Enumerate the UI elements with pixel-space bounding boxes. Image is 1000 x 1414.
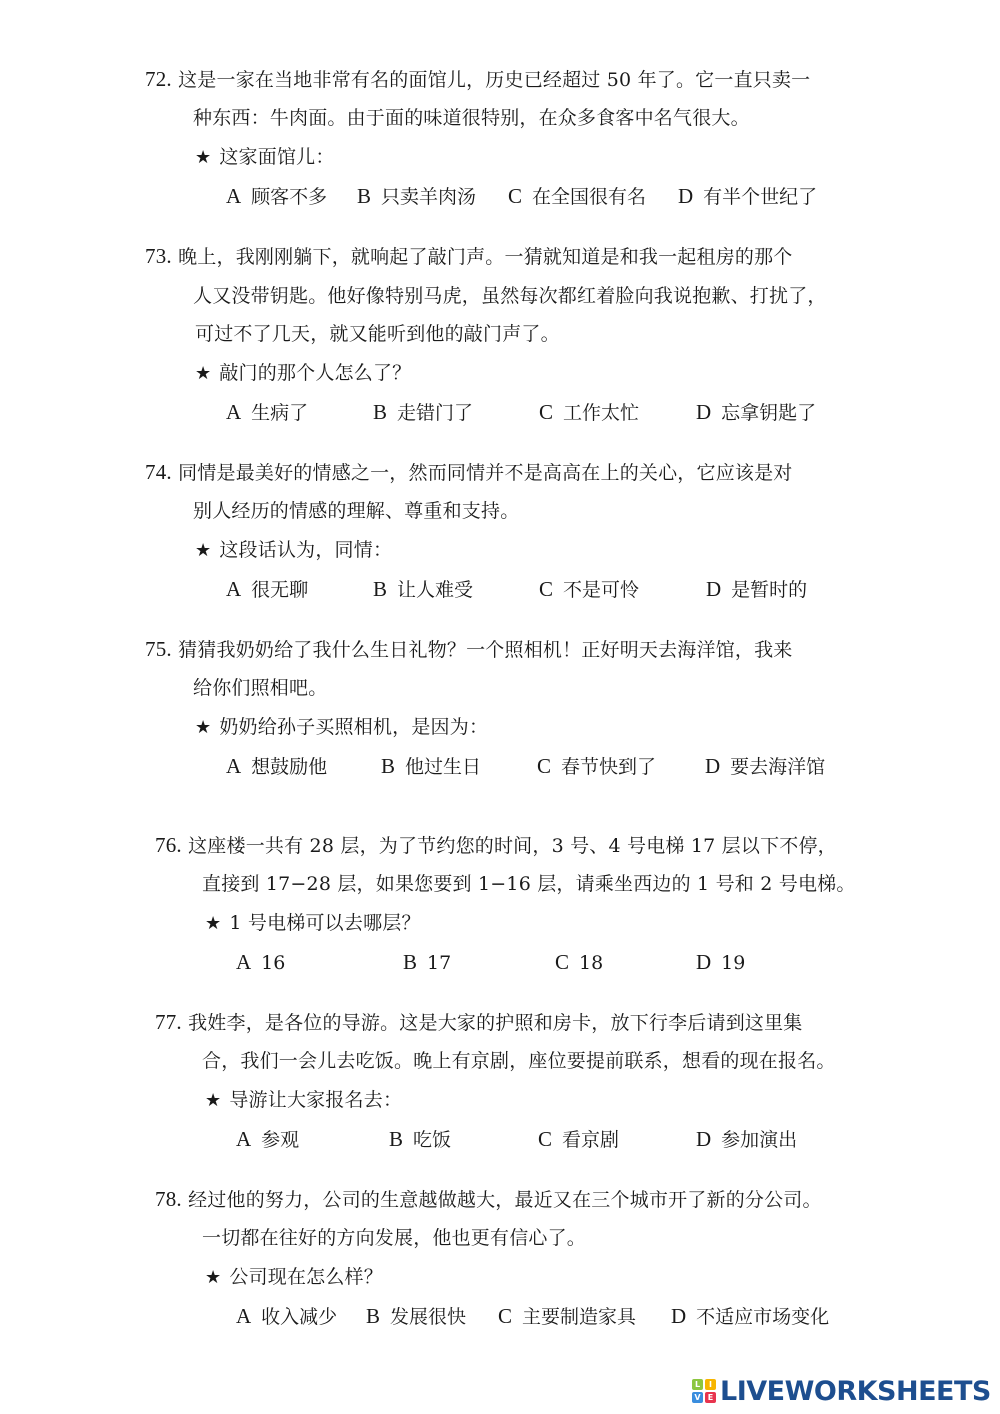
option-b[interactable]: B17: [403, 950, 451, 975]
option-c[interactable]: C在全国很有名: [508, 184, 646, 209]
question-passage-line: 一切都在往好的方向发展，他也更有信心了。: [202, 1226, 586, 1250]
option-c[interactable]: C18: [555, 950, 603, 975]
question-passage-line: 直接到 17−28 层，如果您要到 1−16 层，请乘坐西边的 1 号和 2 号…: [202, 872, 856, 896]
question-number: 77.: [155, 1010, 182, 1034]
star-icon: ★: [195, 540, 211, 561]
option-d[interactable]: D有半个世纪了: [678, 184, 817, 209]
question-prompt: ★这家面馆儿：: [195, 145, 335, 170]
option-c[interactable]: C看京剧: [538, 1127, 619, 1152]
question-passage-line: 75. 猜猜我奶奶给了我什么生日礼物？一个照相机！正好明天去海洋馆，我来: [145, 637, 793, 662]
star-icon: ★: [195, 147, 211, 168]
liveworksheets-logo: L I V E LIVEWORKSHEETS: [692, 1376, 991, 1406]
question-number: 78.: [155, 1187, 182, 1211]
question-passage-line: 人又没带钥匙。他好像特别马虎，虽然每次都红着脸向我说抱歉、打扰了，: [193, 284, 827, 308]
option-a[interactable]: A顾客不多: [226, 184, 327, 209]
option-d[interactable]: D要去海洋馆: [705, 754, 825, 779]
option-c[interactable]: C不是可怜: [539, 577, 639, 602]
star-icon: ★: [195, 717, 211, 738]
question-prompt: ★这段话认为，同情：: [195, 538, 392, 563]
question-prompt: ★导游让大家报名去：: [205, 1088, 402, 1113]
logo-tiles-icon: L I V E: [692, 1379, 716, 1403]
option-b[interactable]: B发展很快: [366, 1304, 466, 1329]
option-d[interactable]: D不适应市场变化: [671, 1304, 829, 1329]
question-passage-line: 给你们照相吧。: [193, 676, 327, 700]
question-prompt: ★1 号电梯可以去哪层？: [205, 911, 421, 936]
star-icon: ★: [195, 363, 211, 384]
option-a[interactable]: A想鼓励他: [226, 754, 327, 779]
question-passage-line: 73. 晚上，我刚刚躺下，就响起了敲门声。一猜就知道是和我一起租房的那个: [145, 244, 793, 269]
question-number: 76.: [155, 833, 182, 857]
question-number: 72.: [145, 67, 172, 91]
option-d[interactable]: D是暂时的: [706, 577, 807, 602]
question-prompt: ★奶奶给孙子买照相机，是因为：: [195, 715, 488, 740]
option-d[interactable]: D忘拿钥匙了: [696, 400, 816, 425]
question-passage-line: 78. 经过他的努力，公司的生意越做越大，最近又在三个城市开了新的分公司。: [155, 1187, 822, 1212]
question-prompt: ★敲门的那个人怎么了？: [195, 361, 411, 386]
question-number: 75.: [145, 637, 172, 661]
logo-tile: V: [692, 1392, 703, 1403]
question-number: 74.: [145, 460, 172, 484]
logo-tile: E: [705, 1392, 716, 1403]
option-d[interactable]: D19: [696, 950, 745, 975]
logo-text: LIVEWORKSHEETS: [720, 1376, 991, 1407]
star-icon: ★: [205, 913, 221, 934]
star-icon: ★: [205, 1090, 221, 1111]
logo-tile: L: [692, 1379, 703, 1390]
option-b[interactable]: B他过生日: [381, 754, 481, 779]
question-passage-line: 72. 这是一家在当地非常有名的面馆儿，历史已经超过 50 年了。它一直只卖一: [145, 67, 810, 92]
logo-tile: I: [705, 1379, 716, 1390]
question-number: 73.: [145, 244, 172, 268]
option-b[interactable]: B吃饭: [389, 1127, 451, 1152]
option-b[interactable]: B走错门了: [373, 400, 473, 425]
option-a[interactable]: A收入减少: [236, 1304, 337, 1329]
option-b[interactable]: B只卖羊肉汤: [357, 184, 476, 209]
question-passage-line: 别人经历的情感的理解、尊重和支持。: [193, 499, 519, 523]
star-icon: ★: [205, 1267, 221, 1288]
option-c[interactable]: C工作太忙: [539, 400, 639, 425]
question-prompt: ★公司现在怎么样？: [205, 1265, 383, 1290]
option-a[interactable]: A16: [236, 950, 285, 975]
question-passage-line: 可过不了几天，就又能听到他的敲门声了。: [195, 322, 560, 346]
option-d[interactable]: D参加演出: [696, 1127, 797, 1152]
question-passage-line: 76. 这座楼一共有 28 层，为了节约您的时间，3 号、4 号电梯 17 层以…: [155, 833, 837, 858]
option-a[interactable]: A很无聊: [226, 577, 308, 602]
option-c[interactable]: C春节快到了: [537, 754, 656, 779]
question-passage-line: 合，我们一会儿去吃饭。晚上有京剧，座位要提前联系，想看的现在报名。: [202, 1049, 836, 1073]
option-c[interactable]: C主要制造家具: [498, 1304, 636, 1329]
question-passage-line: 77. 我姓李，是各位的导游。这是大家的护照和房卡，放下行李后请到这里集: [155, 1010, 803, 1035]
option-b[interactable]: B让人难受: [373, 577, 473, 602]
option-a[interactable]: A参观: [236, 1127, 299, 1152]
question-passage-line: 74. 同情是最美好的情感之一，然而同情并不是高高在上的关心，它应该是对: [145, 460, 793, 485]
option-a[interactable]: A生病了: [226, 400, 308, 425]
question-passage-line: 种东西：牛肉面。由于面的味道很特别，在众多食客中名气很大。: [193, 106, 750, 130]
